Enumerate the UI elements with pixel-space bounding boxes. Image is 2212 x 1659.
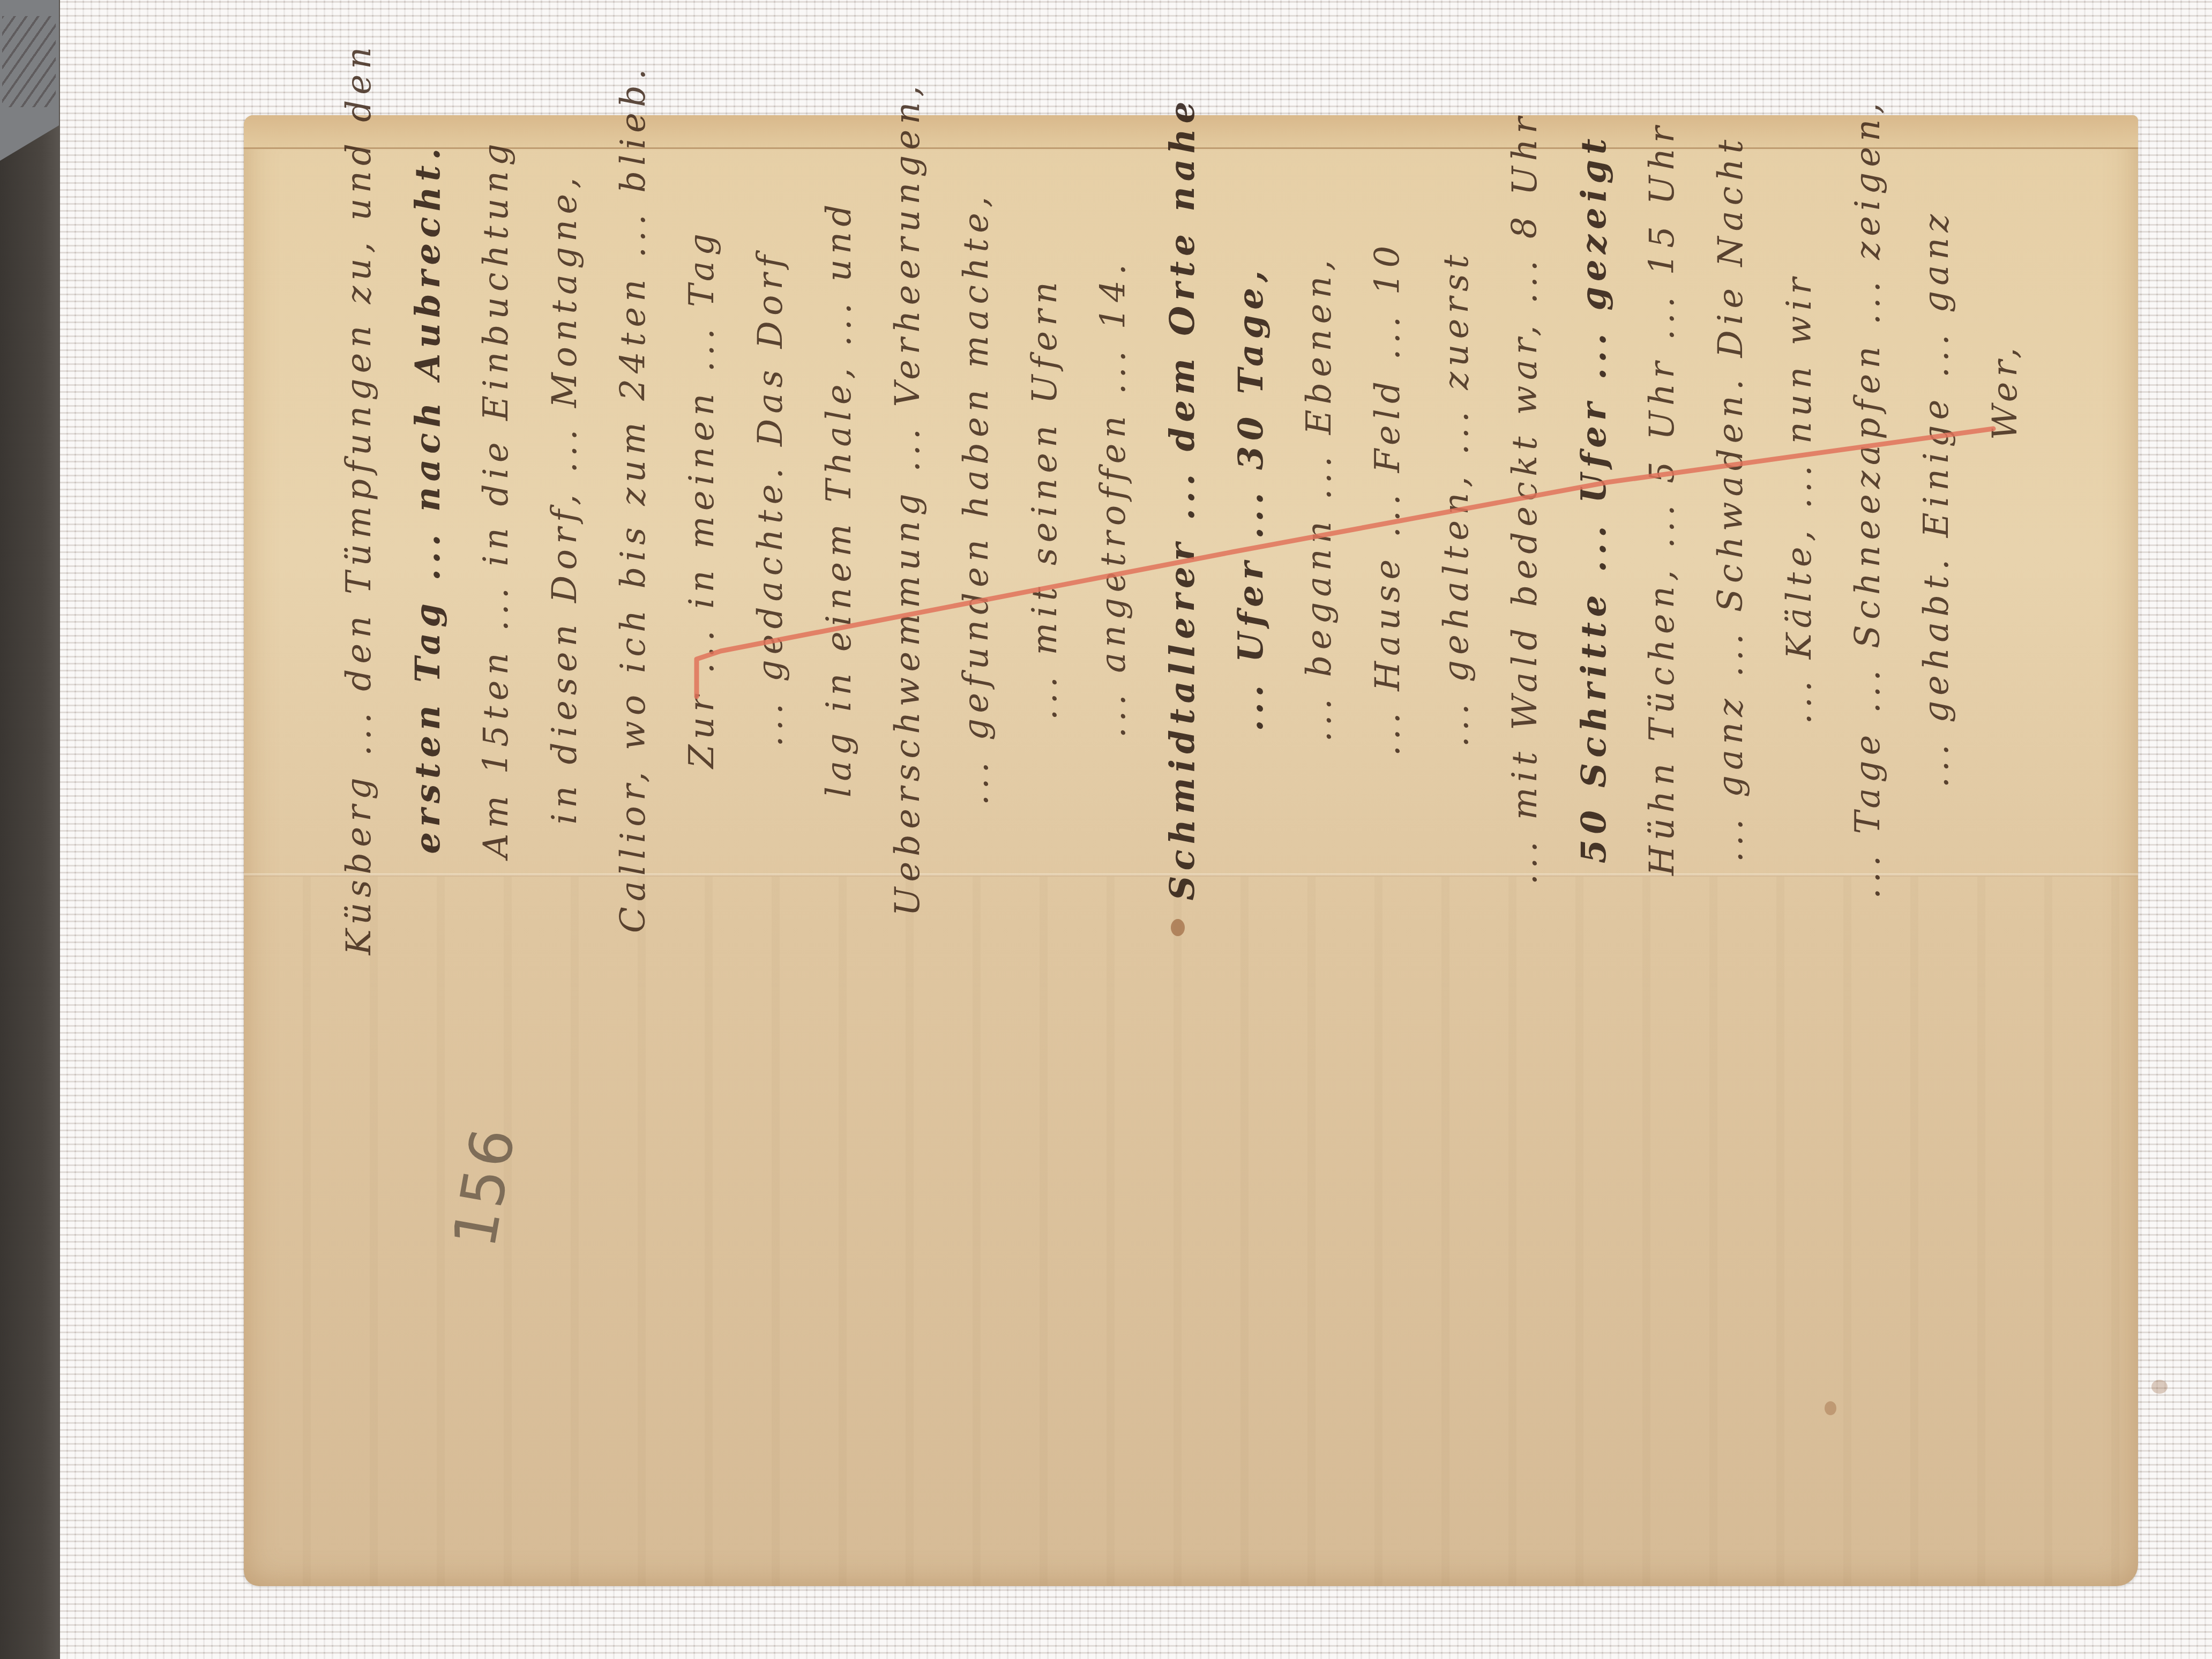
red-pencil-mark [0,0,2212,1659]
